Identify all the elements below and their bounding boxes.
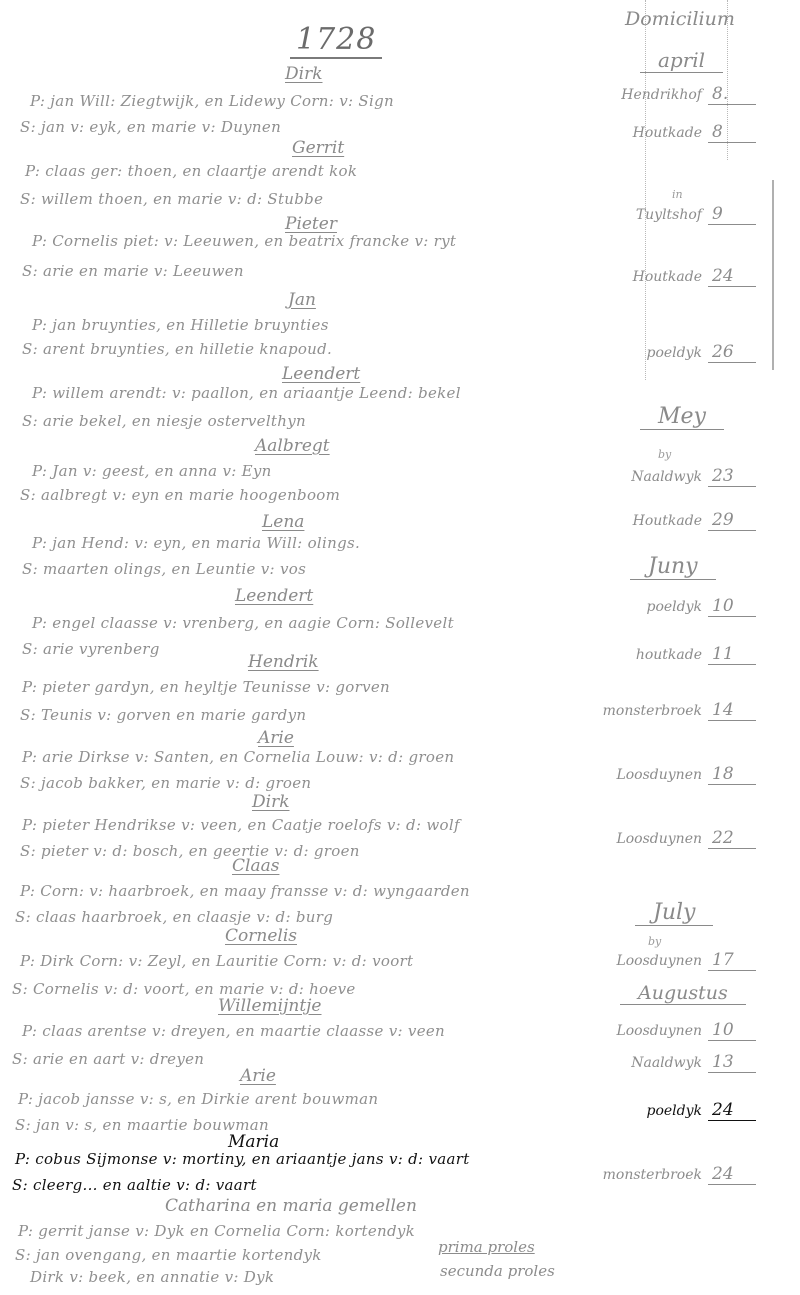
witnesses-line: S: arent bruynties, en hilletie knapoud.	[22, 340, 332, 358]
parents-line: P: claas arentse v: dreyen, en maartie c…	[22, 1022, 445, 1040]
parents-line: P: Corn: v: haarbroek, en maay fransse v…	[20, 882, 470, 900]
domicile-header: Domicilium	[625, 8, 735, 30]
witnesses-line: S: jacob bakker, en marie v: d: groen	[20, 774, 311, 792]
side-note-first-born: prima proles	[438, 1238, 535, 1256]
child-name: Claas	[232, 856, 279, 876]
witnesses-line-extra: Dirk v: beek, en annatie v: Dyk	[30, 1268, 274, 1286]
margin-entry: Tuyltshof9	[600, 204, 756, 225]
month-heading: July	[635, 900, 713, 926]
parents-line: P: pieter gardyn, en heyltje Teunisse v:…	[22, 678, 390, 696]
margin-entry: Loosduynen10	[600, 1020, 756, 1041]
margin-note: by	[648, 935, 661, 948]
parents-line: P: jacob jansse v: s, en Dirkie arent bo…	[18, 1090, 378, 1108]
year-heading: 1728	[290, 22, 382, 59]
child-name: Arie	[240, 1066, 276, 1086]
margin-entry: Loosduynen22	[600, 828, 756, 849]
witnesses-line: S: arie vyrenberg	[22, 640, 160, 658]
witnesses-line: S: willem thoen, en marie v: d: Stubbe	[20, 190, 323, 208]
month-heading: Mey	[640, 404, 724, 430]
margin-entry: Houtkade29	[600, 510, 756, 531]
witnesses-line: S: aalbregt v: eyn en marie hoogenboom	[20, 486, 340, 504]
parents-line: P: Dirk Corn: v: Zeyl, en Lauritie Corn:…	[20, 952, 413, 970]
child-name: Hendrik	[248, 652, 319, 672]
parents-line: P: gerrit janse v: Dyk en Cornelia Corn:…	[18, 1222, 415, 1240]
witnesses-line: S: arie bekel, en niesje ostervelthyn	[22, 412, 306, 430]
witnesses-line: S: arie en marie v: Leeuwen	[22, 262, 244, 280]
witnesses-line: S: arie en aart v: dreyen	[12, 1050, 204, 1068]
child-name: Pieter	[285, 214, 337, 234]
month-heading: Juny	[630, 554, 716, 580]
witnesses-line: S: jan ovengang, en maartie kortendyk	[15, 1246, 322, 1264]
margin-entry: Naaldwyk13	[600, 1052, 756, 1073]
witnesses-line: S: Teunis v: gorven en marie gardyn	[20, 706, 306, 724]
parents-line: P: Cornelis piet: v: Leeuwen, en beatrix…	[32, 232, 456, 250]
witnesses-line: S: claas haarbroek, en claasje v: d: bur…	[15, 908, 333, 926]
child-name: Gerrit	[292, 138, 344, 158]
margin-entry: Loosduynen17	[600, 950, 756, 971]
margin-entry: Hendrikhof8.	[600, 84, 756, 105]
child-name: Dirk	[252, 792, 290, 812]
margin-entry: monsterbroek14	[600, 700, 756, 721]
parents-line: P: Jan v: geest, en anna v: Eyn	[32, 462, 272, 480]
parents-line: P: claas ger: thoen, en claartje arendt …	[25, 162, 357, 180]
witnesses-line: S: pieter v: d: bosch, en geertie v: d: …	[20, 842, 360, 860]
parents-line: P: engel claasse v: vrenberg, en aagie C…	[32, 614, 454, 632]
month-heading: Augustus	[620, 982, 746, 1005]
child-name: Arie	[258, 728, 294, 748]
margin-entry: Houtkade8	[600, 122, 756, 143]
child-name: Leendert	[282, 364, 360, 384]
margin-entry: poeldyk10	[600, 596, 756, 617]
child-name: Leendert	[235, 586, 313, 606]
margin-entry: Loosduynen18	[600, 764, 756, 785]
domicile-column: Domicilium april Hendrikhof8. Houtkade8 …	[600, 0, 800, 1295]
margin-entry: Houtkade24	[600, 266, 756, 287]
child-name: Cornelis	[225, 926, 297, 946]
witnesses-line: S: maarten olings, en Leuntie v: vos	[22, 560, 306, 578]
margin-note: by	[658, 448, 671, 461]
margin-entry: houtkade11	[600, 644, 756, 665]
child-name: Dirk	[285, 64, 323, 84]
child-name: Jan	[288, 290, 316, 310]
witnesses-line: S: jan v: eyk, en marie v: Duynen	[20, 118, 281, 136]
parents-line: P: cobus Sijmonse v: mortiny, en ariaant…	[15, 1150, 470, 1168]
witnesses-line: S: cleerg... en aaltie v: d: vaart	[12, 1176, 257, 1194]
register-page: 1728 Dirk P: jan Will: Ziegtwijk, en Lid…	[0, 0, 800, 1295]
parents-line: P: arie Dirkse v: Santen, en Cornelia Lo…	[22, 748, 454, 766]
child-name: Lena	[262, 512, 304, 532]
parents-line: P: jan Hend: v: eyn, en maria Will: olin…	[32, 534, 360, 552]
parents-line: P: pieter Hendrikse v: veen, en Caatje r…	[22, 816, 460, 834]
margin-entry: Naaldwyk23	[600, 466, 756, 487]
margin-rule	[772, 180, 774, 370]
child-name: Aalbregt	[255, 436, 330, 456]
margin-entry: poeldyk24	[600, 1100, 756, 1121]
margin-entry: poeldyk26	[600, 342, 756, 363]
parents-line: P: jan Will: Ziegtwijk, en Lidewy Corn: …	[30, 92, 394, 110]
margin-entry: monsterbroek24	[600, 1164, 756, 1185]
parents-line: P: willem arendt: v: paallon, en ariaant…	[32, 384, 461, 402]
child-name: Maria	[228, 1132, 279, 1152]
child-name: Willemijntje	[218, 996, 322, 1016]
parents-line: P: jan bruynties, en Hilletie bruynties	[32, 316, 329, 334]
child-name: Catharina en maria gemellen	[165, 1196, 417, 1216]
month-heading: april	[640, 48, 723, 73]
margin-note: in	[672, 188, 683, 201]
side-note-second-born: secunda proles	[440, 1262, 555, 1280]
